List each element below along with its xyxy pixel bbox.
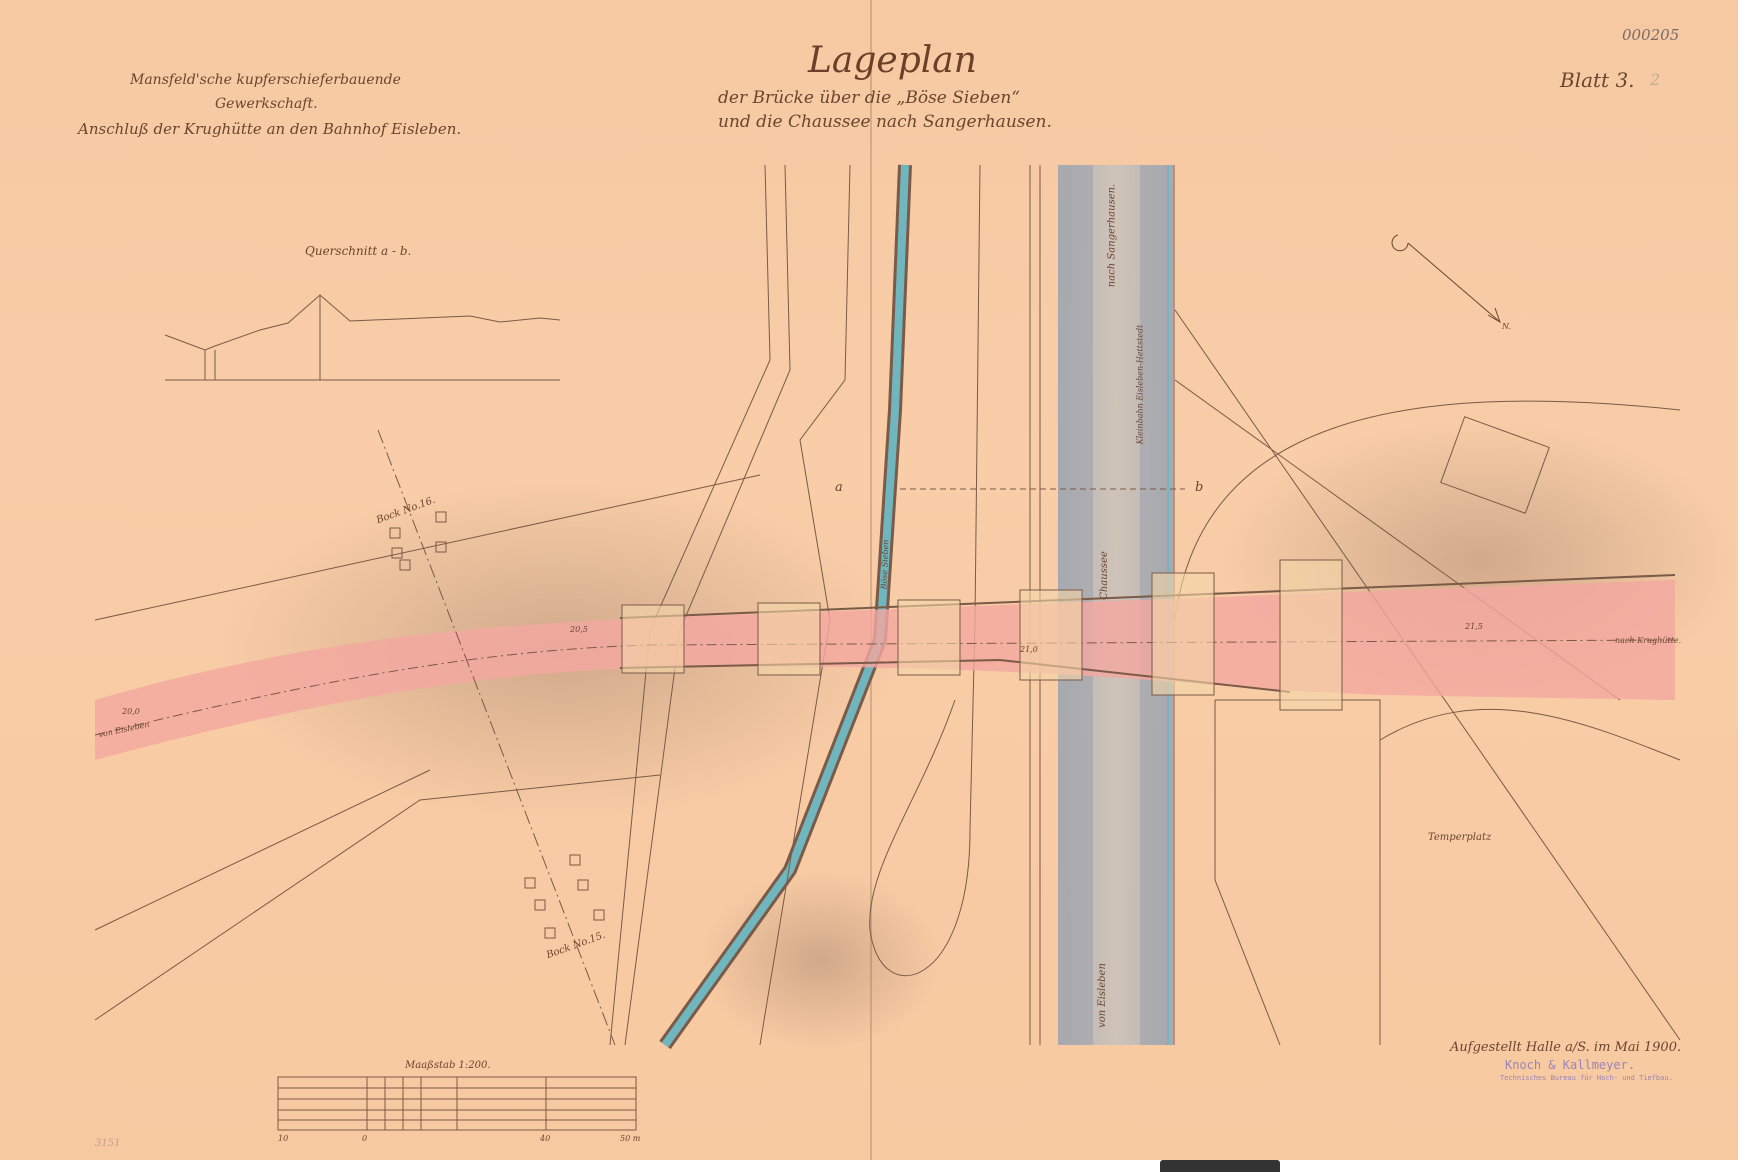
cross-section-sketch bbox=[165, 295, 560, 380]
track-east-label: nach Krughütte. bbox=[1615, 636, 1681, 645]
color-target-tab bbox=[1160, 1160, 1280, 1172]
elevation-20-0: 20,0 bbox=[122, 707, 140, 716]
company-line-2: Gewerkschaft. bbox=[215, 96, 318, 112]
yard-label: Temperplatz bbox=[1428, 832, 1491, 843]
archive-number: 000205 bbox=[1622, 26, 1679, 44]
section-b-label: b bbox=[1195, 480, 1203, 495]
subtitle-line-2: und die Chaussee nach Sangerhausen. bbox=[718, 112, 1052, 132]
scale-bar bbox=[278, 1077, 636, 1130]
prepared-note: Aufgestellt Halle a/S. im Mai 1900. bbox=[1450, 1040, 1681, 1055]
sheet-pencil-note: 2 bbox=[1650, 70, 1660, 89]
road-north-label: nach Sangerhausen. bbox=[1106, 184, 1117, 288]
subtitle-line-1: der Brücke über die „Böse Sieben“ bbox=[718, 88, 1020, 108]
scale-tick-50: 50 m bbox=[620, 1134, 640, 1143]
elevation-21-0: 21,0 bbox=[1020, 645, 1038, 654]
scale-tick-first: 10 bbox=[278, 1134, 288, 1143]
scale-tick-40: 40 bbox=[540, 1134, 550, 1143]
site-plan-drawing bbox=[0, 0, 1738, 1160]
river-label: Böse Sieben bbox=[880, 539, 891, 589]
elevation-20-5: 20,5 bbox=[570, 625, 588, 634]
north-arrow bbox=[1392, 235, 1500, 322]
scale-tick-zero: 0 bbox=[362, 1134, 367, 1143]
scale-label: Maaßstab 1:200. bbox=[405, 1060, 491, 1071]
stamp-name: Knoch & Kallmeyer. bbox=[1505, 1058, 1635, 1072]
drawing-sheet: Lageplan der Brücke über die „Böse Siebe… bbox=[0, 0, 1738, 1160]
section-a-label: a bbox=[835, 480, 843, 495]
project-line: Anschluß der Krughütte an den Bahnhof Ei… bbox=[78, 120, 461, 138]
road-south-label: von Eisleben bbox=[1097, 963, 1108, 1028]
elevation-21-5: 21,5 bbox=[1465, 622, 1483, 631]
cross-section-label: Querschnitt a - b. bbox=[305, 244, 411, 258]
sheet-label: Blatt 3. bbox=[1560, 68, 1635, 92]
tramway-label: Kleinbahn Eisleben-Hettstedt bbox=[1135, 325, 1144, 445]
company-line-1: Mansfeld'sche kupferschieferbauende bbox=[130, 72, 401, 88]
pencil-note: 3151 bbox=[95, 1138, 120, 1149]
page-title: Lageplan bbox=[808, 40, 977, 81]
north-label: N. bbox=[1502, 322, 1511, 331]
stamp-subtitle: Technisches Bureau für Hoch- und Tiefbau… bbox=[1500, 1074, 1673, 1082]
road-label: Chaussee bbox=[1099, 551, 1110, 600]
